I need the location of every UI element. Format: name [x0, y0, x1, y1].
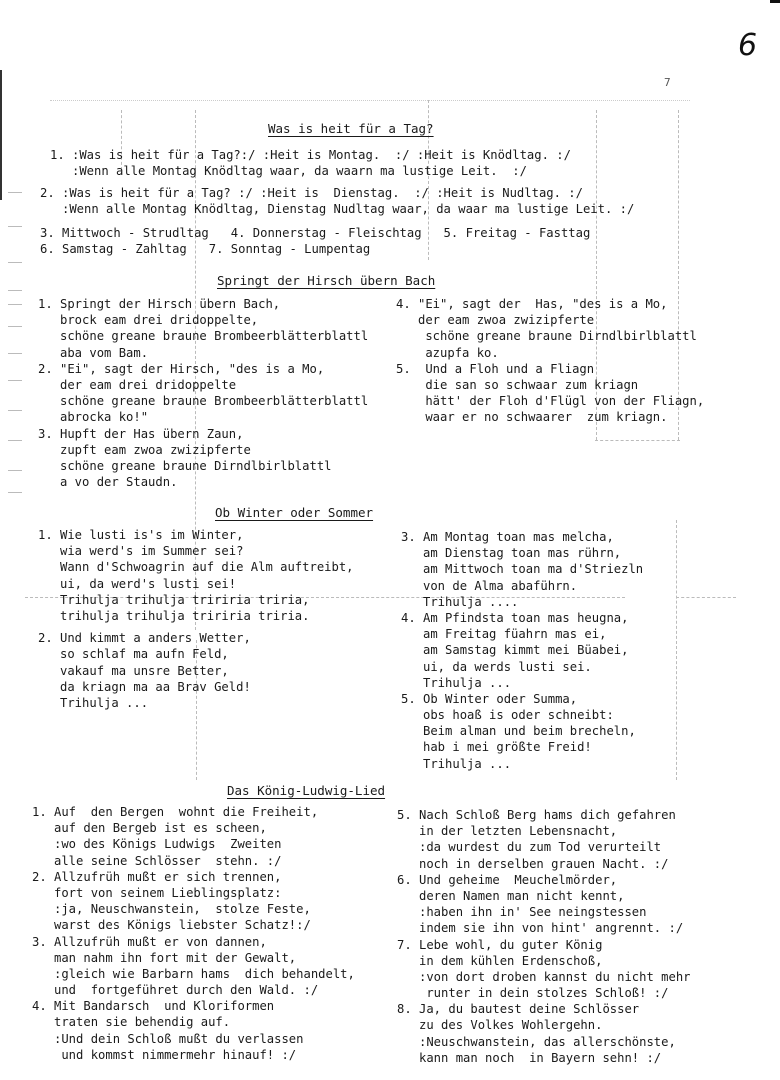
song-2-right-column: 4. "Ei", sagt der Has, "des is a Mo, der…: [396, 296, 704, 426]
song-3-right-column: 3. Am Montag toan mas melcha, am Diensta…: [401, 529, 643, 772]
lyric-line: :von dort droben kannst du nicht mehr: [397, 969, 691, 985]
lyric-line: 8. Ja, du bautest deine Schlösser: [397, 1001, 691, 1017]
song-title-ob-winter-oder-sommer: Ob Winter oder Sommer: [215, 505, 373, 520]
scan-edge-line: [0, 70, 2, 200]
lyric-line: man nahm ihn fort mit der Gewalt,: [32, 950, 355, 966]
lyric-line: schöne greane braune Dirndlbirlblattl: [38, 458, 368, 474]
margin-mark: [8, 470, 22, 471]
lyric-line: am Mittwoch toan ma d'Striezln: [401, 561, 643, 577]
song-title-was-is-heit: Was is heit für a Tag?: [268, 121, 434, 136]
lyric-line: brock eam drei dridoppelte,: [38, 312, 368, 328]
guide-line: [595, 440, 680, 441]
lyric-line: 1. :Was is heit für a Tag?:/ :Heit is Mo…: [50, 147, 571, 163]
margin-mark: [8, 440, 22, 441]
lyric-line: 5. Ob Winter oder Summa,: [401, 691, 643, 707]
lyric-line: obs hoaß is oder schneibt:: [401, 707, 643, 723]
lyric-line: 2. :Was is heit für a Tag? :/ :Heit is D…: [40, 185, 634, 201]
lyric-line: :Neuschwanstein, das allerschönste,: [397, 1034, 691, 1050]
lyric-line: am Dienstag toan mas rührn,: [401, 545, 643, 561]
lyric-line: schöne greane braune Dirndlbirlblattl: [396, 328, 704, 344]
lyric-line: zu des Volkes Wohlergehn.: [397, 1017, 691, 1033]
song-1-verse-1: 1. :Was is heit für a Tag?:/ :Heit is Mo…: [50, 147, 571, 179]
song-4-right-column: 5. Nach Schloß Berg hams dich gefahren i…: [397, 807, 691, 1066]
margin-mark: [8, 380, 22, 381]
lyric-line: 6. Und geheime Meuchelmörder,: [397, 872, 691, 888]
lyric-line: zupft eam zwoa zwizipferte: [38, 442, 368, 458]
lyric-line: 5. Nach Schloß Berg hams dich gefahren: [397, 807, 691, 823]
lyric-line: hab i mei größte Freid!: [401, 739, 643, 755]
margin-mark: [8, 353, 22, 354]
song-title-springt-der-hirsch: Springt der Hirsch übern Bach: [217, 273, 435, 288]
lyric-line: a vo der Staudn.: [38, 474, 368, 490]
lyric-line: traten sie behendig auf.: [32, 1014, 355, 1030]
lyric-line: 2. Allzufrüh mußt er sich trennen,: [32, 869, 355, 885]
margin-mark: [8, 262, 22, 263]
margin-mark: [8, 192, 22, 193]
song-1-weekdays: 3. Mittwoch - Strudltag 4. Donnerstag - …: [40, 225, 590, 257]
lyric-line: noch in derselben grauen Nacht. :/: [397, 856, 691, 872]
lyric-line: und fortgeführet durch den Wald. :/: [32, 982, 355, 998]
lyric-line: Wann d'Schwoagrin auf die Alm auftreibt,: [38, 559, 354, 575]
lyric-line: 4. Mit Bandarsch und Kloriformen: [32, 998, 355, 1014]
lyric-line: 2. "Ei", sagt der Hirsch, "des is a Mo,: [38, 361, 368, 377]
lyric-line: alle seine Schlösser stehn. :/: [32, 853, 355, 869]
lyric-line: die san so schwaar zum kriagn: [396, 377, 704, 393]
lyric-line: 4. Am Pfindsta toan mas heugna,: [401, 610, 643, 626]
lyric-line: aba vom Bam.: [38, 345, 368, 361]
lyric-line: in dem kühlen Erdenschoß,: [397, 953, 691, 969]
lyric-line: :Wenn alle Montag Knödltag waar, da waar…: [50, 163, 571, 179]
lyric-line: :haben ihn in' See neingstessen: [397, 904, 691, 920]
lyric-line: 6. Samstag - Zahltag 7. Sonntag - Lumpen…: [40, 241, 590, 257]
lyric-line: da kriagn ma aa Brav Geld!: [38, 679, 354, 695]
song-4-left-column: 1. Auf den Bergen wohnt die Freiheit, au…: [32, 804, 355, 1063]
lyric-line: der eam drei dridoppelte: [38, 377, 368, 393]
lyric-line: :gleich wie Barbarn hams dich behandelt,: [32, 966, 355, 982]
lyric-line: runter in dein stolzes Schloß! :/: [397, 985, 691, 1001]
lyric-line: am Freitag füahrn mas ei,: [401, 626, 643, 642]
lyric-line: :ja, Neuschwanstein, stolze Feste,: [32, 901, 355, 917]
song-title-koenig-ludwig-lied: Das König-Ludwig-Lied: [227, 783, 385, 798]
lyric-line: deren Namen man nicht kennt,: [397, 888, 691, 904]
lyric-line: azupfa ko.: [396, 345, 704, 361]
guide-line: [676, 597, 736, 598]
lyric-line: 3. Am Montag toan mas melcha,: [401, 529, 643, 545]
scan-artifact-bar: [770, 0, 780, 3]
lyric-line: von de Alma abaführn.: [401, 578, 643, 594]
lyric-line: fort von seinem Lieblingsplatz:: [32, 885, 355, 901]
lyric-line: Trihulja ...: [401, 675, 643, 691]
lyric-line: 3. Allzufrüh mußt er von dannen,: [32, 934, 355, 950]
song-3-left-column: 1. Wie lusti is's im Winter, wia werd's …: [38, 527, 354, 711]
lyric-line: vakauf ma unsre Better,: [38, 663, 354, 679]
lyric-line: Trihulja ....: [401, 594, 643, 610]
lyric-line: schöne greane braune Brombeerblätterblat…: [38, 328, 368, 344]
lyric-line: schöne greane braune Brombeerblätterblat…: [38, 393, 368, 409]
lyric-line: 3. Mittwoch - Strudltag 4. Donnerstag - …: [40, 225, 590, 241]
lyric-line: kann man noch in Bayern sehn! :/: [397, 1050, 691, 1066]
lyric-line: :Wenn alle Montag Knödltag, Dienstag Nud…: [40, 201, 634, 217]
margin-mark: [8, 492, 22, 493]
lyric-line: am Samstag kimmt mei Büabei,: [401, 642, 643, 658]
lyric-line: :da wurdest du zum Tod verurteilt: [397, 839, 691, 855]
lyric-line: 7. Lebe wohl, du guter König: [397, 937, 691, 953]
lyric-line: Trihulja trihulja tririria triria,: [38, 592, 354, 608]
lyric-line: :wo des Königs Ludwigs Zweiten: [32, 836, 355, 852]
margin-mark: [8, 290, 22, 291]
lyric-line: Trihulja ...: [38, 695, 354, 711]
lyric-line: trihulja trihulja tririria triria.: [38, 608, 354, 624]
lyric-line: Trihulja ...: [401, 756, 643, 772]
lyric-line: 1. Wie lusti is's im Winter,: [38, 527, 354, 543]
lyric-line: abrocka ko!": [38, 409, 368, 425]
lyric-line: ui, da werd's lusti sei!: [38, 576, 354, 592]
lyric-line: 1. Auf den Bergen wohnt die Freiheit,: [32, 804, 355, 820]
lyric-line: Beim alman und beim brecheln,: [401, 723, 643, 739]
lyric-line: hätt' der Floh d'Flügl von der Fliagn,: [396, 393, 704, 409]
margin-mark: [8, 326, 22, 327]
margin-mark: [8, 410, 22, 411]
lyric-line: :Und dein Schloß mußt du verlassen: [32, 1031, 355, 1047]
printed-page-number: 7: [664, 76, 671, 89]
margin-mark: [8, 304, 22, 305]
handwritten-page-number: 6: [738, 28, 757, 63]
lyric-line: warst des Königs liebster Schatz!:/: [32, 917, 355, 933]
lyric-line: 1. Springt der Hirsch übern Bach,: [38, 296, 368, 312]
lyric-line: so schlaf ma aufn Feld,: [38, 646, 354, 662]
lyric-line: ui, da werds lusti sei.: [401, 659, 643, 675]
lyric-line: und kommst nimmermehr hinauf! :/: [32, 1047, 355, 1063]
guide-line: [676, 520, 677, 780]
lyric-line: indem sie ihn von hint' angrennt. :/: [397, 920, 691, 936]
lyric-line: 2. Und kimmt a anders Wetter,: [38, 630, 354, 646]
margin-mark: [8, 226, 22, 227]
song-1-verse-2: 2. :Was is heit für a Tag? :/ :Heit is D…: [40, 185, 634, 217]
song-2-left-column: 1. Springt der Hirsch übern Bach, brock …: [38, 296, 368, 490]
faint-dotted-rule: [50, 100, 690, 101]
lyric-line: wia werd's im Summer sei?: [38, 543, 354, 559]
lyric-line: 5. Und a Floh und a Fliagn: [396, 361, 704, 377]
lyric-line: in der letzten Lebensnacht,: [397, 823, 691, 839]
lyric-line: der eam zwoa zwizipferte: [396, 312, 704, 328]
lyric-line: auf den Bergeb ist es scheen,: [32, 820, 355, 836]
lyric-line: waar er no schwaarer zum kriagn.: [396, 409, 704, 425]
lyric-line: 4. "Ei", sagt der Has, "des is a Mo,: [396, 296, 704, 312]
lyric-line: 3. Hupft der Has übern Zaun,: [38, 426, 368, 442]
